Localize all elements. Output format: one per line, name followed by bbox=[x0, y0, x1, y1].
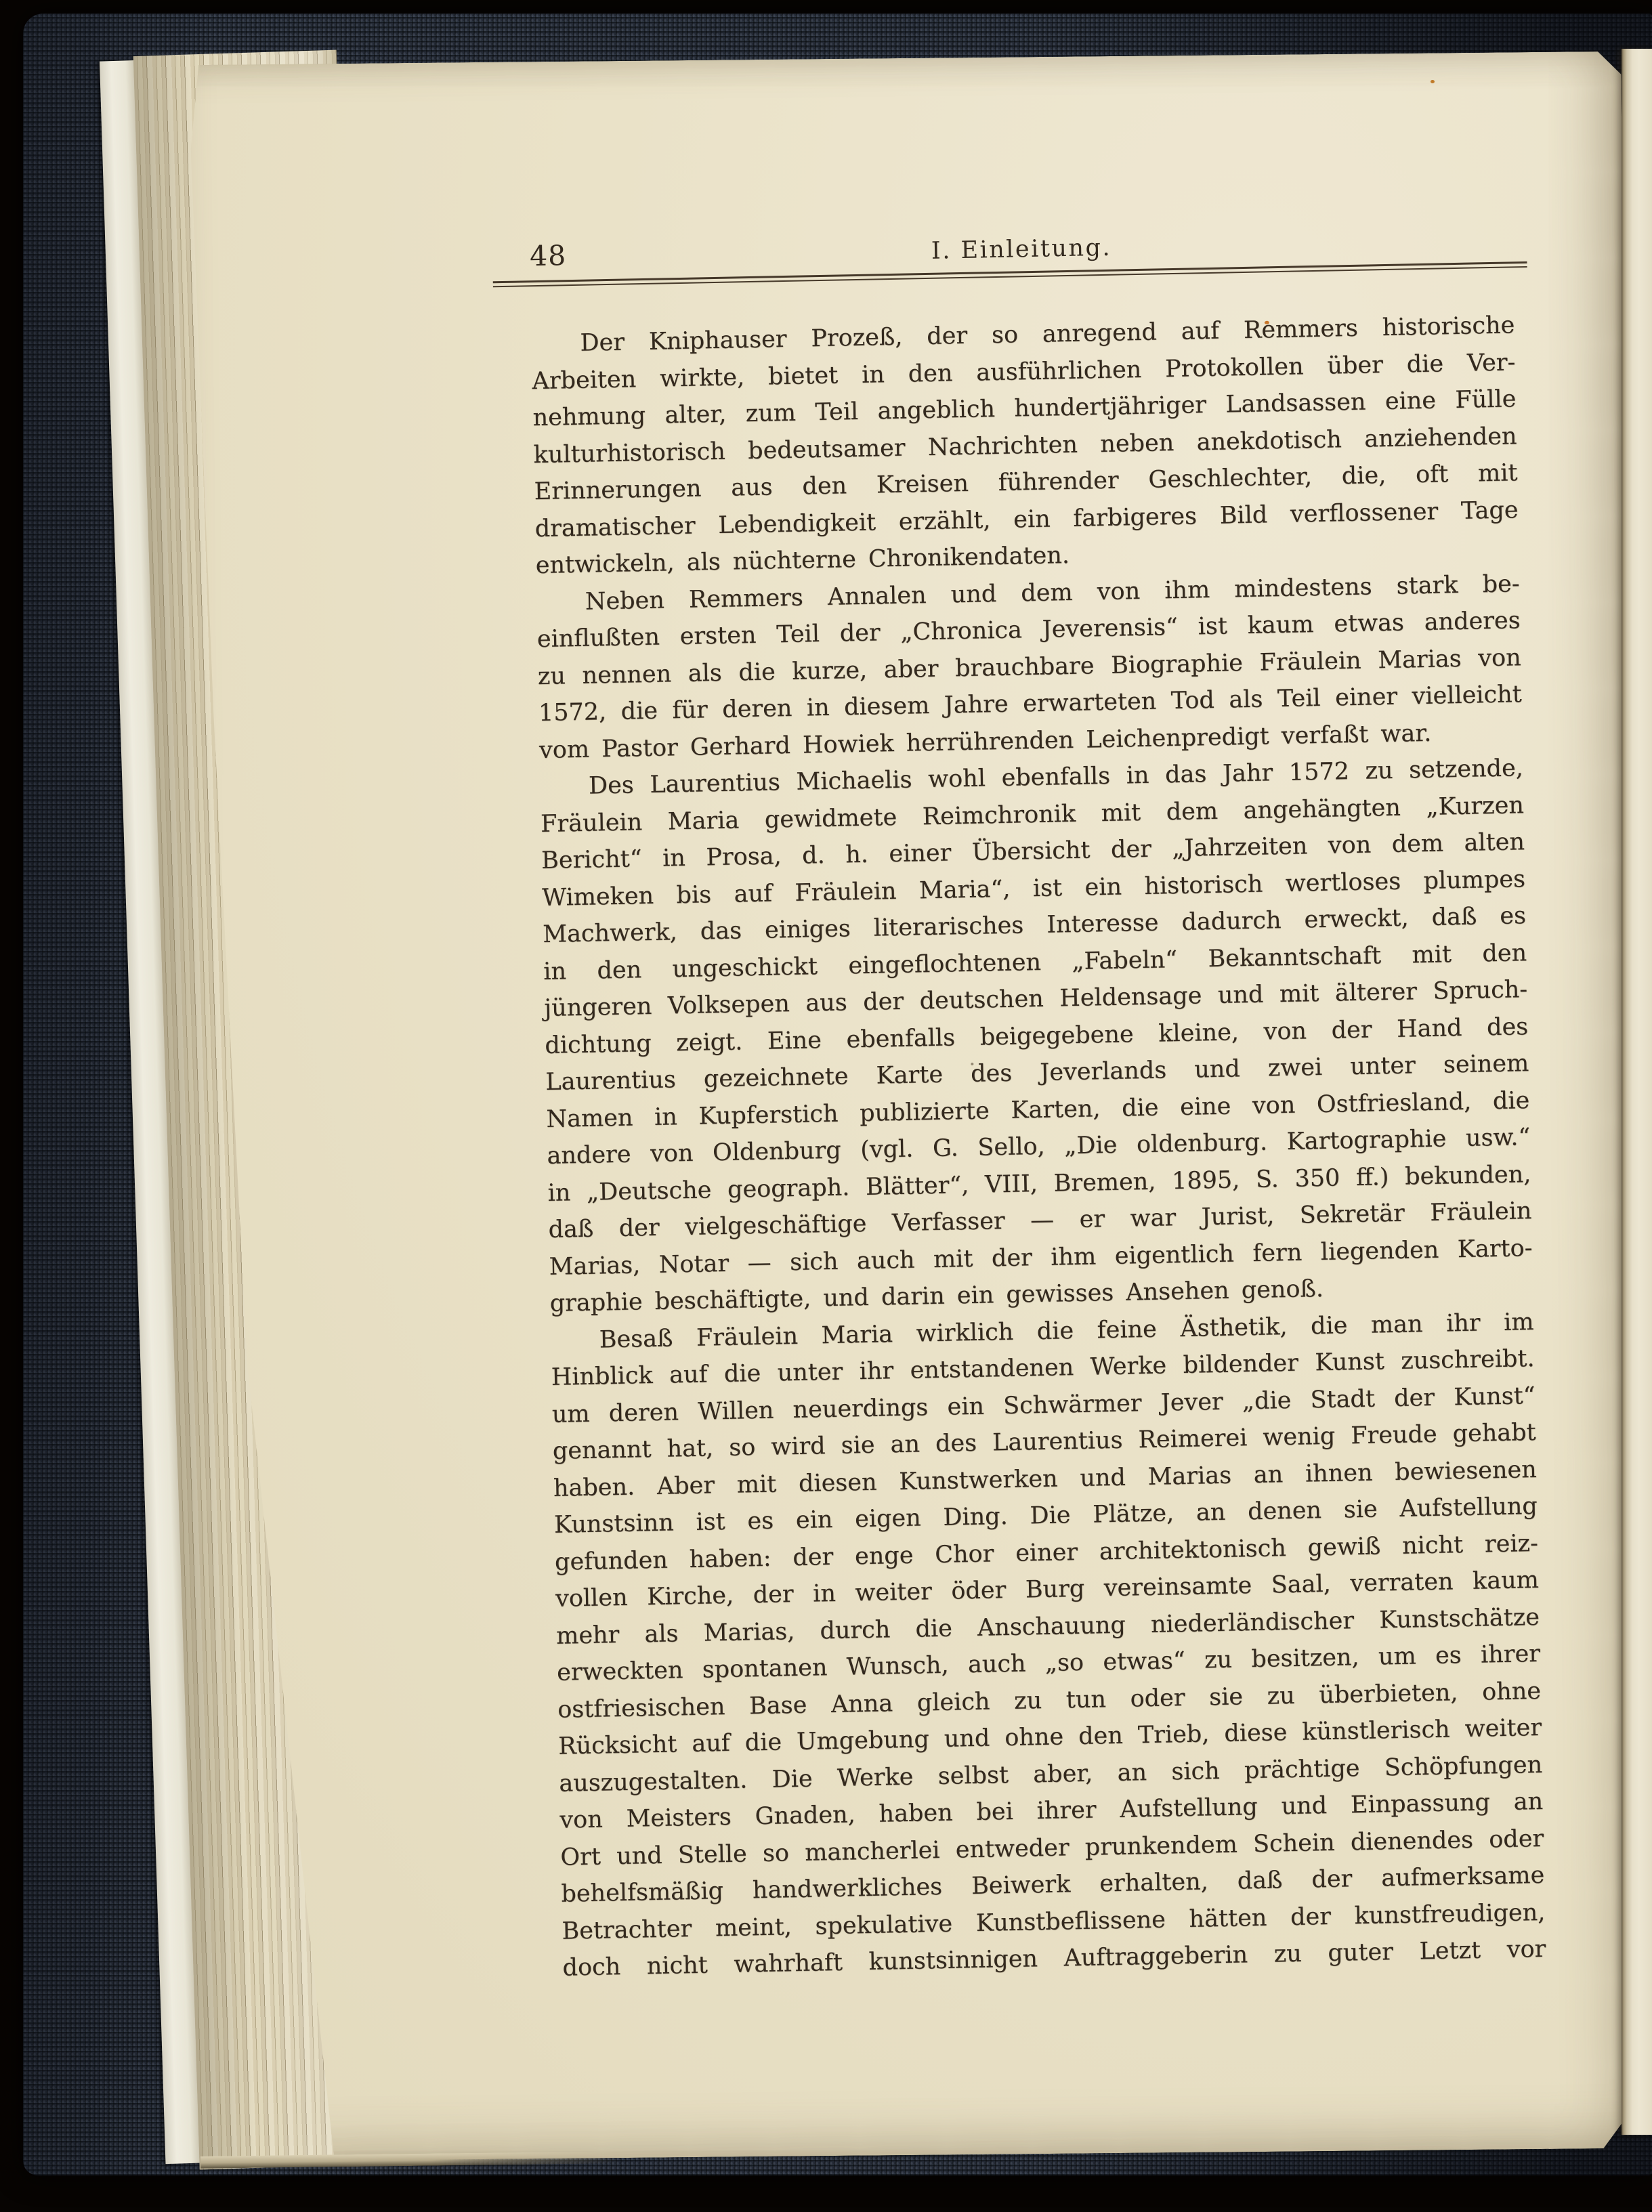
paragraph: Der Kniphauser Prozeß, der so anregend a… bbox=[531, 307, 1519, 584]
page-header: 48 I. Einleitung. bbox=[526, 47, 1514, 272]
paper-speck bbox=[1265, 321, 1269, 324]
facing-page-edge bbox=[1622, 49, 1652, 2135]
paragraph: Besaß Fräulein Maria wirklich die feine … bbox=[550, 1304, 1546, 1987]
paper-speck bbox=[1431, 80, 1435, 83]
printed-content: 48 I. Einleitung. Der Kniphauser Prozeß,… bbox=[526, 47, 1546, 1986]
scan-background: { "page": { "number": "48", "running_tit… bbox=[0, 0, 1652, 2212]
paragraph: Neben Remmers Annalen und dem von ihm mi… bbox=[536, 566, 1523, 769]
paper-speck bbox=[971, 1063, 973, 1065]
body-text: Der Kniphauser Prozeß, der so anregend a… bbox=[531, 307, 1546, 1986]
book-page: 48 I. Einleitung. Der Kniphauser Prozeß,… bbox=[175, 51, 1641, 2162]
paragraph: Des Laurentius Michaelis wohl ebenfalls … bbox=[540, 750, 1533, 1322]
